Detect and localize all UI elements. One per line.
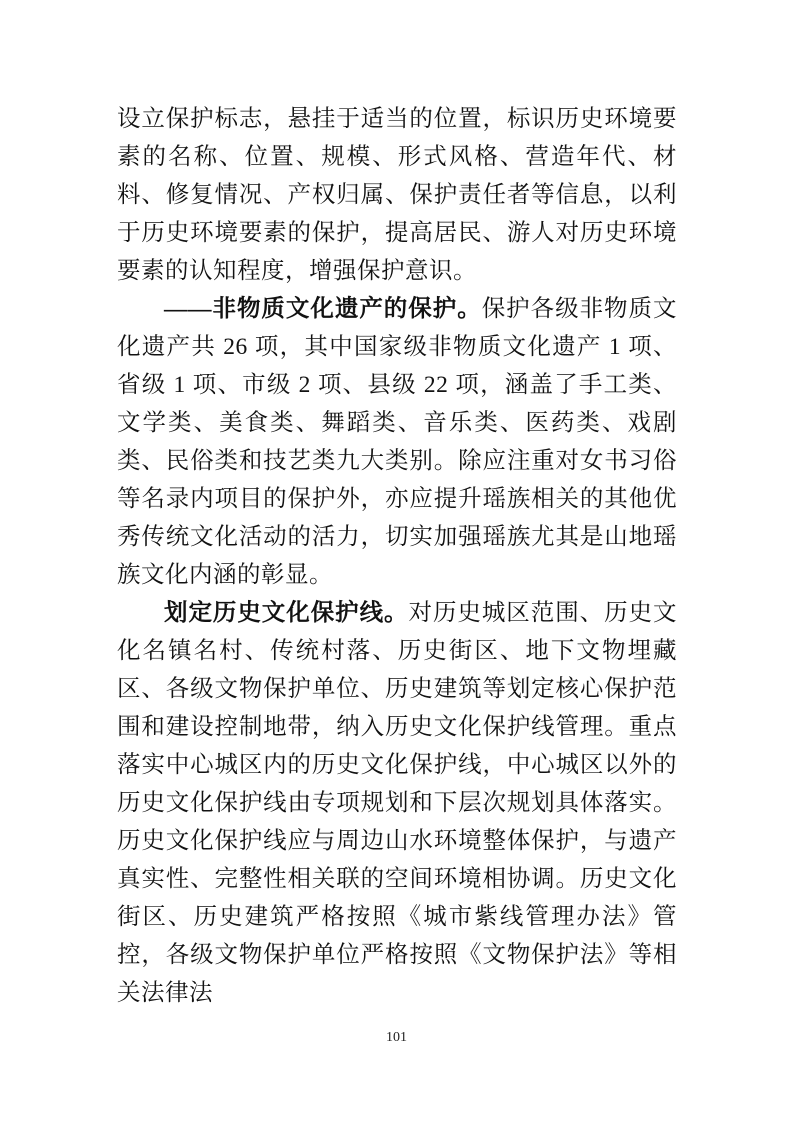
paragraph: 划定历史文化保护线。对历史城区范围、历史文化名镇名村、传统村落、历史街区、地下文… [117, 594, 677, 1012]
paragraph-lead: 划定历史文化保护线。 [164, 600, 409, 626]
paragraph-text: 对历史城区范围、历史文化名镇名村、传统村落、历史街区、地下文物埋藏区、各级文物保… [117, 600, 677, 1006]
paragraph-text: 设立保护标志，悬挂于适当的位置，标识历史环境要素的名称、位置、规模、形式风格、营… [117, 106, 677, 284]
paragraph-text: 保护各级非物质文化遗产共 26 项，其中国家级非物质文化遗产 1 项、省级 1 … [117, 296, 677, 588]
paragraph: ——非物质文化遗产的保护。保护各级非物质文化遗产共 26 项，其中国家级非物质文… [117, 290, 677, 594]
page-number: 101 [0, 1030, 793, 1046]
document-page: 设立保护标志，悬挂于适当的位置，标识历史环境要素的名称、位置、规模、形式风格、营… [0, 0, 793, 1122]
paragraph-lead: ——非物质文化遗产的保护。 [164, 296, 482, 322]
paragraph: 设立保护标志，悬挂于适当的位置，标识历史环境要素的名称、位置、规模、形式风格、营… [117, 100, 677, 290]
text-block: 设立保护标志，悬挂于适当的位置，标识历史环境要素的名称、位置、规模、形式风格、营… [117, 100, 677, 1012]
